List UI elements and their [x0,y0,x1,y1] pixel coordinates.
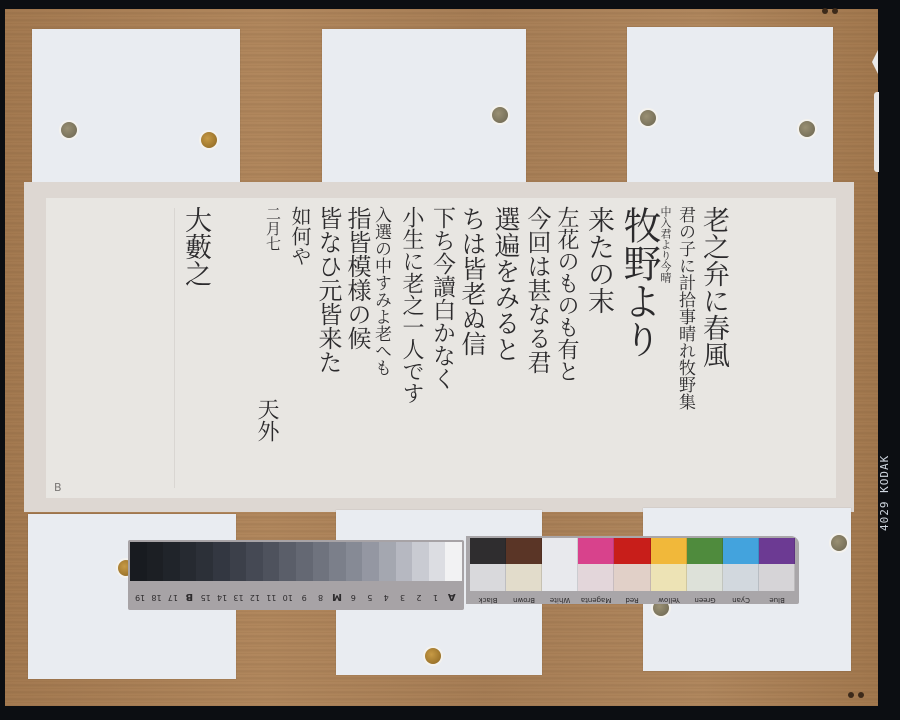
color-label: Black [470,592,506,604]
grayscale-labels: A123456M89101112131415B171819 [132,584,460,602]
gray-label: 1 [427,584,443,602]
calligraphy-column: 大藪之 [182,206,209,287]
calligraphy-column: 皆なひ元皆来た [316,206,340,374]
gray-label: B [181,584,197,602]
gray-swatch [346,542,363,581]
gray-swatch [163,542,180,581]
gray-swatch [362,542,379,581]
color-swatch [506,538,542,564]
color-control-strip: BlackBrownWhiteMagentaRedYellowGreenCyan… [466,536,799,604]
calligraphy-sheet: 老之弁に春風君の子に計拾事晴れ牧野集中入君より今晴牧野より来たの末左花のものも有… [46,198,836,498]
gray-label: 11 [263,584,279,602]
color-label: Magenta [578,592,614,604]
gray-label: 10 [280,584,296,602]
magnet-icon [640,110,656,126]
color-labels: BlackBrownWhiteMagentaRedYellowGreenCyan… [470,592,795,604]
tint-swatch [542,564,578,591]
color-swatch [578,538,614,564]
gray-label: 18 [148,584,164,602]
film-edge-code: 4029 KODAK [878,418,900,568]
film-frame: 4029 KODAK 老之弁に春風君の子に計拾事晴れ牧野集中入君より今晴牧野より… [0,0,900,720]
gray-swatch [196,542,213,581]
gray-swatch [445,542,462,581]
tint-swatch [506,564,542,591]
gray-swatch [296,542,313,581]
calligraphy-column: 指皆模様の候 [345,206,369,350]
gray-swatch [180,542,197,581]
mount-card-top-left [32,29,240,192]
calligraphy-column: 老之弁に春風 [700,206,727,368]
gray-label: 9 [296,584,312,602]
calligraphy-column: 左花のものも有と [555,206,577,382]
gray-label: A [444,584,460,602]
gray-label: M [329,584,345,602]
gray-label: 5 [362,584,378,602]
gray-label: 17 [165,584,181,602]
color-swatch [759,538,795,564]
tint-swatch [687,564,723,591]
gray-label: 15 [198,584,214,602]
gray-label: 19 [132,584,148,602]
fold-line [174,208,175,488]
color-swatch [470,538,506,564]
calligraphy-column: 小生に老之一人です [400,206,422,404]
calligraphy-column: 君の子に計拾事晴れ牧野集 [676,206,693,410]
calligraphy-column: 如何や [290,206,310,266]
tint-swatch [651,564,687,591]
gray-swatch [412,542,429,581]
gray-label: 2 [411,584,427,602]
color-label: Cyan [723,592,759,604]
gray-swatch [213,542,230,581]
gray-swatch [329,542,346,581]
tint-swatch [470,564,506,591]
calligraphy-column: 天外 [255,398,277,442]
tint-swatch [759,564,795,591]
tint-swatch [723,564,759,591]
gray-label: 12 [247,584,263,602]
gray-swatch [429,542,446,581]
color-swatch [651,538,687,564]
calligraphy-column: ちは皆老ぬ信 [460,206,485,356]
color-swatch [723,538,759,564]
board-holes [822,8,838,14]
gray-swatch [130,542,147,581]
magnet-icon [425,648,441,664]
film-notch-icon [874,92,879,172]
gray-swatch [246,542,263,581]
calligraphy-column: 二月七 [265,206,280,251]
color-label: Blue [759,592,795,604]
calligraphy-column: 中入君より今晴 [660,206,671,283]
mount-card-top-right [627,27,833,192]
color-swatch [542,538,578,564]
magnet-icon [201,132,217,148]
gray-swatch [263,542,280,581]
calligraphy-column: 今回は甚なる君 [525,206,549,374]
gray-swatch [147,542,164,581]
gray-label: 8 [312,584,328,602]
color-label: Red [614,592,650,604]
magnet-icon [831,535,847,551]
color-label: Brown [506,592,542,604]
color-swatches-top [470,538,795,564]
magnet-icon [799,121,815,137]
gray-label: 6 [345,584,361,602]
color-swatch [687,538,723,564]
tint-swatch [578,564,614,591]
sheet-mark: B [54,481,62,494]
gray-label: 13 [230,584,246,602]
gray-swatch [379,542,396,581]
calligraphy-column: 下ち今讀白かなく [430,206,453,390]
color-swatches-bottom [470,564,795,591]
tint-swatch [614,564,650,591]
gray-label: 3 [394,584,410,602]
magnet-icon [61,122,77,138]
board-holes [848,692,864,698]
gray-swatch [230,542,247,581]
color-swatch [614,538,650,564]
magnet-icon [492,107,508,123]
gray-swatch [279,542,296,581]
color-label: White [542,592,578,604]
gray-swatch [313,542,330,581]
color-label: Green [687,592,723,604]
calligraphy-column: 来たの末 [585,206,612,314]
calligraphy-column: 入選の中すみよ老へも [372,206,389,376]
gray-label: 14 [214,584,230,602]
grayscale-swatches [130,542,462,581]
color-label: Yellow [651,592,687,604]
calligraphy-column: 選遍をみると [492,206,518,362]
gray-label: 4 [378,584,394,602]
gray-swatch [396,542,413,581]
calligraphy-column: 牧野より [620,206,658,358]
grayscale-control-strip: A123456M89101112131415B171819 [128,540,464,610]
